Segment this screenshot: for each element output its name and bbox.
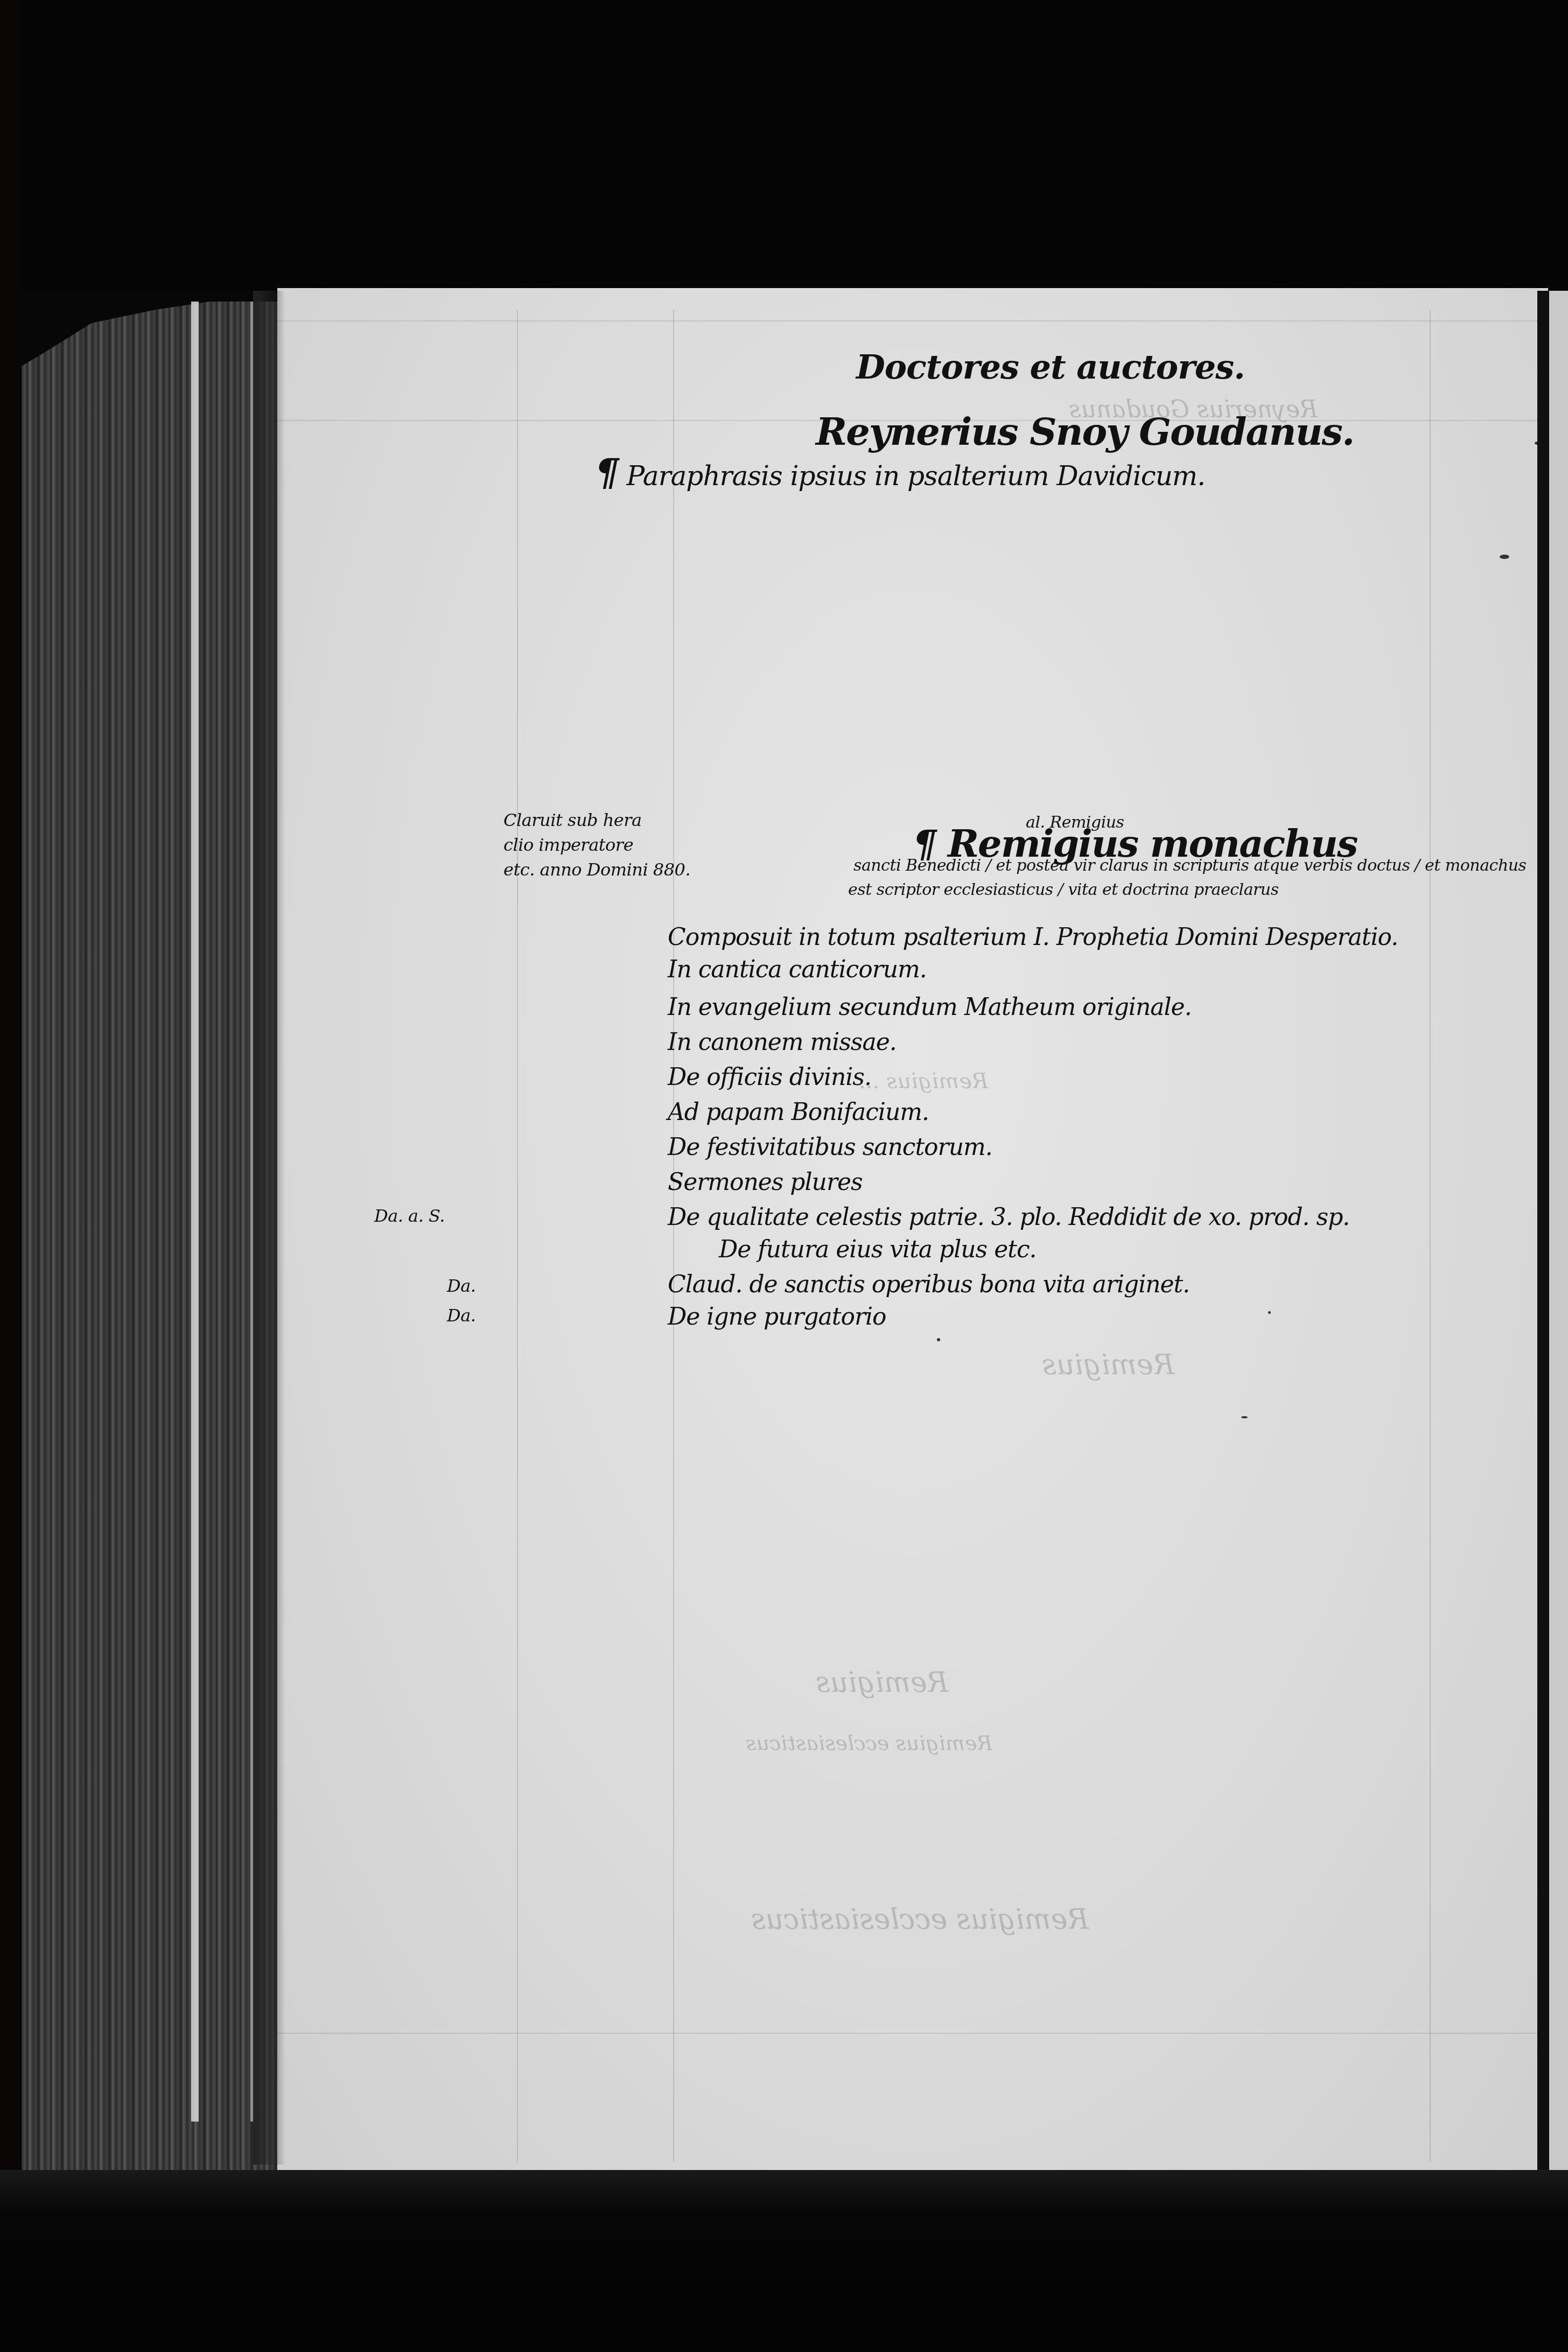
page-stack-edges (22, 302, 280, 2170)
work-title: In evangelium secundum Matheum originale… (668, 993, 1192, 1021)
author-description: est scriptor ecclesiasticus / vita et do… (848, 880, 1279, 899)
paragraph-mark-icon: ¶ (595, 450, 619, 494)
show-through-text: Remigius (1042, 1349, 1174, 1381)
work-title: De festivitatibus sanctorum. (668, 1133, 992, 1161)
heading-text: Doctores et auctores. (856, 347, 1245, 387)
work-title: Ad papam Bonifacium. (668, 1098, 929, 1126)
work-text: Paraphrasis ipsius in psalterium Davidic… (626, 460, 1205, 492)
show-through-text: Remigius ... (859, 1069, 988, 1094)
paper-speck (1241, 1416, 1248, 1418)
work-title: Sermones plures (668, 1168, 863, 1196)
work-title: De igne purgatorio (668, 1303, 886, 1331)
bottom-background (0, 2170, 1568, 2352)
work-title: ¶ Paraphrasis ipsius in psalterium David… (595, 450, 1205, 494)
ruling-line (1430, 310, 1431, 2162)
ruling-line (277, 2033, 1548, 2034)
paper-speck (1268, 1311, 1271, 1314)
running-heading: Doctores et auctores. (856, 347, 1245, 387)
show-through-text: Remigius ecclesiasticus (751, 1903, 1089, 1936)
left-edge-background (0, 0, 22, 2352)
margin-note-line: etc. anno Domini 880. (503, 857, 690, 882)
margin-note-line: clio imperatore (503, 832, 690, 857)
next-leaf-page (1549, 291, 1568, 2175)
paper-speck (1500, 555, 1509, 559)
show-through-text: Remigius ecclesiasticus (746, 1731, 992, 1755)
top-background (0, 0, 1568, 291)
work-title: In canonem missae. (668, 1028, 897, 1056)
work-title: In cantica canticorum. (668, 956, 927, 983)
margin-note: Da. a. S. (374, 1203, 445, 1228)
ruling-line (673, 310, 674, 2162)
margin-note: Da. (447, 1273, 475, 1298)
next-leaf-edge (1537, 291, 1549, 2175)
work-title: De qualitate celestis patrie. 3. plo. Re… (668, 1203, 1349, 1231)
ruling-line (277, 320, 1548, 321)
gutter-shadow (253, 291, 285, 2165)
show-through-text: Remigius (816, 1667, 948, 1699)
work-title: Composuit in totum psalterium I. Prophet… (668, 923, 1398, 951)
work-title: Claud. de sanctis operibus bona vita ari… (668, 1271, 1189, 1298)
margin-note: Claruit sub hera clio imperatore etc. an… (503, 808, 690, 882)
ruling-line (517, 310, 518, 2162)
work-title: De officiis divinis. (668, 1063, 871, 1091)
manuscript-page: Reynerius Goudanus Remigius ... Remigius… (277, 288, 1548, 2170)
page-stack-highlight (191, 302, 199, 2122)
author-description: sancti Benedicti / et postea vir clarus … (853, 856, 1526, 875)
author-name: Reynerius Snoy Goudanus. (816, 409, 1354, 454)
margin-note: Da. (447, 1303, 475, 1328)
margin-note-line: Claruit sub hera (503, 808, 690, 832)
work-title: De futura eius vita plus etc. (719, 1236, 1037, 1263)
paper-speck (937, 1338, 940, 1341)
